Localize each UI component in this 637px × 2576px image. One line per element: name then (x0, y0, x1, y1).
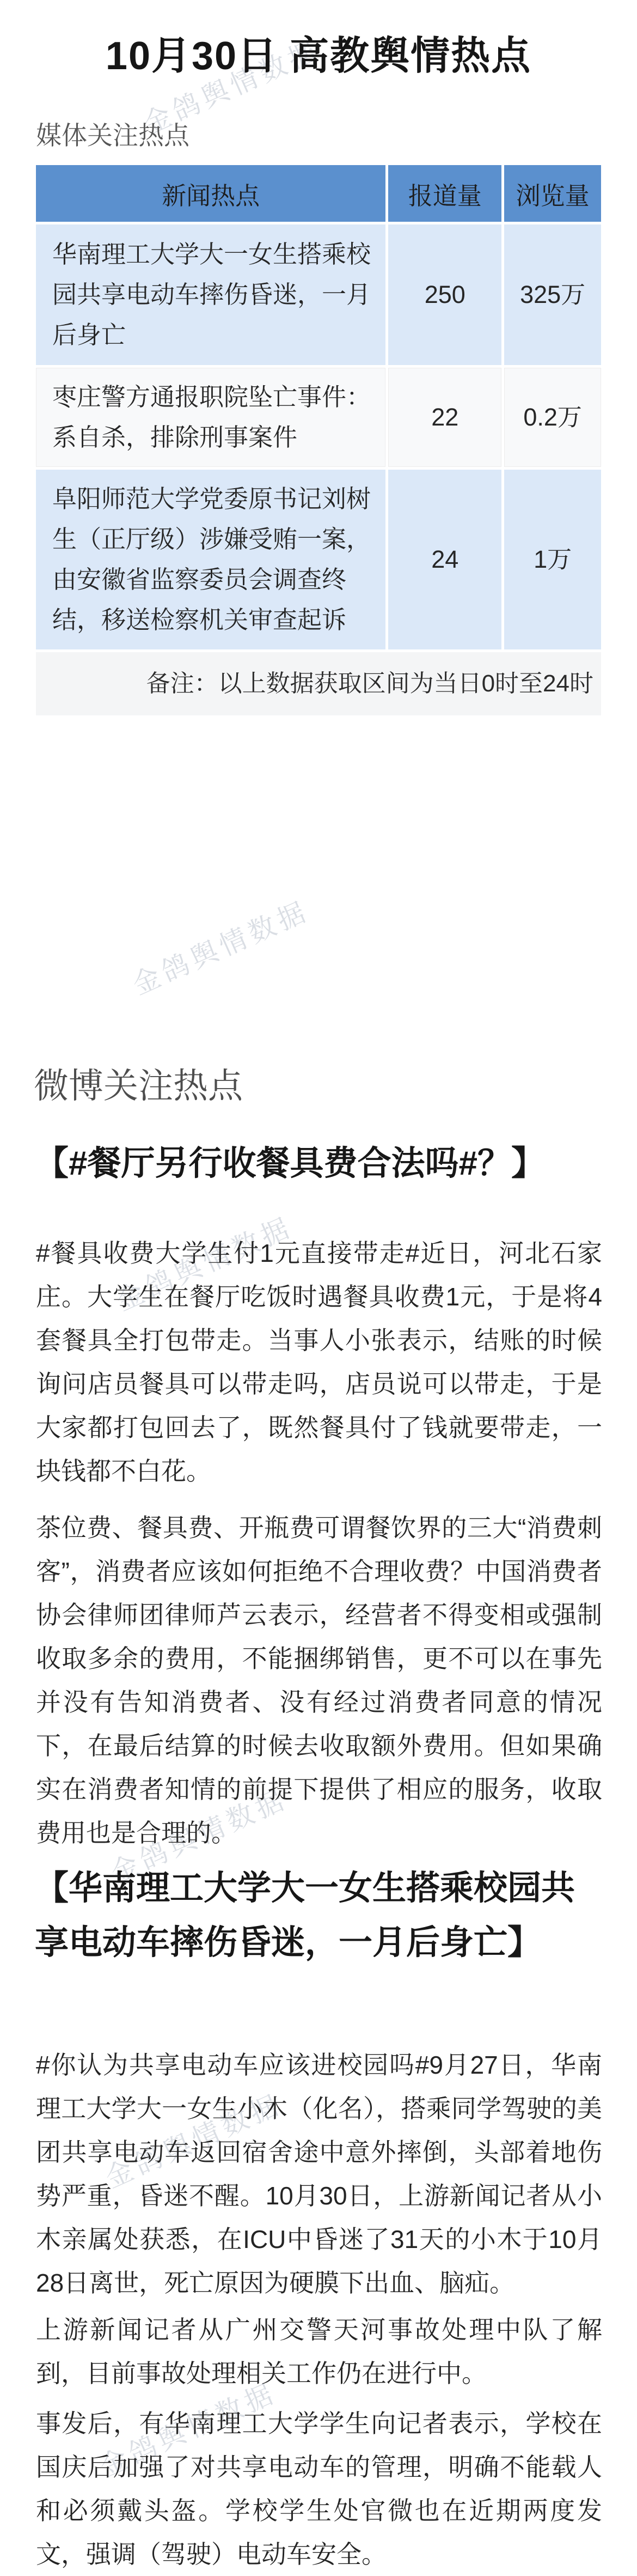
reports-cell: 250 (388, 224, 501, 365)
article-paragraph: #餐具收费大学生付1元直接带走#近日，河北石家庄。大学生在餐厅吃饭时遇餐具收费1… (36, 1231, 602, 1493)
table-header-reports: 报道量 (388, 165, 501, 222)
table-row: 枣庄警方通报职院坠亡事件：系自杀，排除刑事案件 22 0.2万 (36, 368, 601, 467)
table-header-row: 新闻热点 报道量 浏览量 (36, 165, 601, 222)
article-paragraph: #你认为共享电动车应该进校园吗#9月27日，华南理工大学大一女生小木（化名），搭… (36, 2043, 602, 2305)
article-title: 【#餐厅另行收餐具费合法吗#？】 (35, 1137, 602, 1191)
table-row: 阜阳师范大学党委原书记刘树生（正厅级）涉嫌受贿一案，由安徽省监察委员会调查终结，… (36, 470, 601, 649)
reports-cell: 22 (388, 368, 501, 467)
section-heading-weibo: 微博关注热点 (34, 1058, 243, 1108)
table-footnote: 备注：以上数据获取区间为当日0时至24时 (36, 652, 601, 715)
table-footnote-row: 备注：以上数据获取区间为当日0时至24时 (36, 652, 601, 715)
table-header-views: 浏览量 (504, 165, 601, 222)
topic-cell: 阜阳师范大学党委原书记刘树生（正厅级）涉嫌受贿一案，由安徽省监察委员会调查终结，… (36, 470, 385, 649)
article-paragraph: 事发后，有华南理工大学学生向记者表示，学校在国庆后加强了对共享电动车的管理，明确… (36, 2402, 602, 2576)
views-cell: 1万 (504, 470, 601, 649)
views-cell: 325万 (504, 224, 601, 365)
article-title: 【华南理工大学大一女生搭乘校园共享电动车摔伤昏迷，一月后身亡】 (35, 1861, 602, 1970)
article-paragraph: 茶位费、餐具费、开瓶费可谓餐饮界的三大“消费刺客”，消费者应该如何拒绝不合理收费… (36, 1506, 602, 1855)
topic-cell: 华南理工大学大一女生搭乘校园共享电动车摔伤昏迷，一月后身亡 (36, 224, 385, 365)
watermark-text: 金鸽舆情数据 (125, 889, 314, 1002)
topic-cell: 枣庄警方通报职院坠亡事件：系自杀，排除刑事案件 (36, 368, 385, 467)
table-row: 华南理工大学大一女生搭乘校园共享电动车摔伤昏迷，一月后身亡 250 325万 (36, 224, 601, 365)
article-paragraph: 上游新闻记者从广州交警天河事故处理中队了解到，目前事故处理相关工作仍在进行中。 (36, 2308, 602, 2395)
views-cell: 0.2万 (504, 368, 601, 467)
reports-cell: 24 (388, 470, 501, 649)
media-hotspot-table: 新闻热点 报道量 浏览量 华南理工大学大一女生搭乘校园共享电动车摔伤昏迷，一月后… (33, 162, 604, 718)
section-heading-media: 媒体关注热点 (36, 116, 189, 152)
table-header-topic: 新闻热点 (36, 165, 385, 222)
page-title: 10月30日 高教舆情热点 (0, 24, 637, 81)
